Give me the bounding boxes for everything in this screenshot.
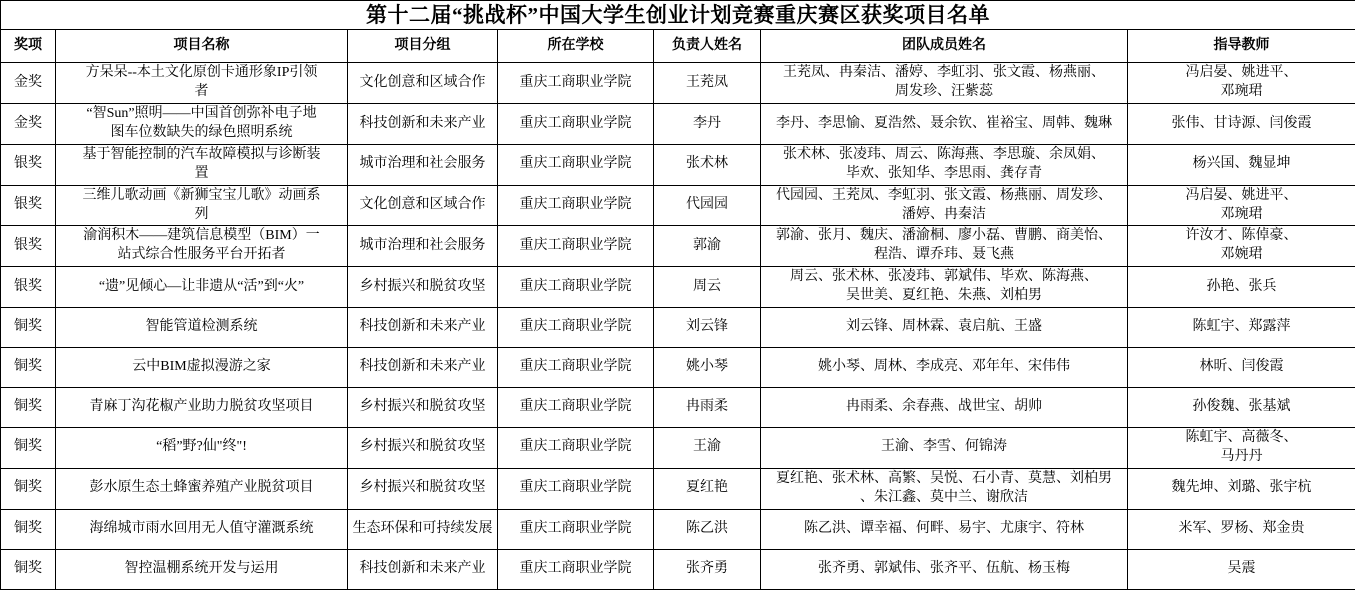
cell-award: 金奖	[1, 104, 56, 145]
cell-advisors: 张伟、甘诗源、闫俊霞	[1128, 104, 1355, 145]
cell-school: 重庆工商职业学院	[498, 348, 654, 388]
cell-award: 铜奖	[1, 308, 56, 348]
cell-advisors: 米军、罗杨、郑金贵	[1128, 509, 1355, 549]
title-row: 第十二届“挑战杯”中国大学生创业计划竞赛重庆赛区获奖项目名单	[1, 1, 1355, 30]
cell-leader: 代园园	[654, 185, 761, 226]
cell-school: 重庆工商职业学院	[498, 144, 654, 185]
cell-category: 文化创意和区域合作	[348, 63, 498, 104]
cell-team: 周云、张术林、张凌玮、郭斌伟、毕欢、陈海燕、 吴世美、夏红艳、朱燕、刘柏男	[761, 267, 1128, 308]
cell-advisors: 吴震	[1128, 549, 1355, 589]
cell-award: 银奖	[1, 267, 56, 308]
cell-team: 李丹、李思愉、夏浩然、聂余钦、崔裕宝、周韩、魏琳	[761, 104, 1128, 145]
cell-team: 王渝、李雪、何锦涛	[761, 428, 1128, 469]
cell-project: 三维儿歌动画《新狮宝宝儿歌》动画系 列	[56, 185, 348, 226]
cell-category: 城市治理和社会服务	[348, 144, 498, 185]
cell-team: 代园园、王茺凤、李虹羽、张文霞、杨燕丽、周发珍、 潘婷、冉秦洁	[761, 185, 1128, 226]
cell-team: 陈乙洪、谭幸福、何畔、易宇、尤康宇、符林	[761, 509, 1128, 549]
table-row: 银奖“遗”见倾心—让非遗从“活”到“火”乡村振兴和脱贫攻坚重庆工商职业学院周云周…	[1, 267, 1355, 308]
awards-table: 第十二届“挑战杯”中国大学生创业计划竞赛重庆赛区获奖项目名单 奖项项目名称项目分…	[0, 0, 1355, 590]
cell-project: 智能管道检测系统	[56, 308, 348, 348]
cell-award: 铜奖	[1, 348, 56, 388]
cell-leader: 陈乙洪	[654, 509, 761, 549]
cell-project: 基于智能控制的汽车故障模拟与诊断装 置	[56, 144, 348, 185]
table-row: 铜奖青麻丁沟花椒产业助力脱贫攻坚项目乡村振兴和脱贫攻坚重庆工商职业学院冉雨柔冉雨…	[1, 388, 1355, 428]
cell-leader: 刘云锋	[654, 308, 761, 348]
table-body: 金奖方呆呆--本土文化原创卡通形象IP引领 者文化创意和区域合作重庆工商职业学院…	[1, 63, 1355, 589]
cell-school: 重庆工商职业学院	[498, 104, 654, 145]
cell-school: 重庆工商职业学院	[498, 388, 654, 428]
table-row: 金奖方呆呆--本土文化原创卡通形象IP引领 者文化创意和区域合作重庆工商职业学院…	[1, 63, 1355, 104]
cell-category: 科技创新和未来产业	[348, 308, 498, 348]
cell-team: 郭渝、张月、魏庆、潘渝桐、廖小磊、曹鹏、商美怡、 程浩、谭乔玮、聂飞燕	[761, 226, 1128, 267]
cell-leader: 张术林	[654, 144, 761, 185]
table-row: 铜奖海绵城市雨水回用无人值守灌溉系统生态环保和可持续发展重庆工商职业学院陈乙洪陈…	[1, 509, 1355, 549]
cell-advisors: 林昕、闫俊霞	[1128, 348, 1355, 388]
table-row: 铜奖“稻”野?仙"终"!乡村振兴和脱贫攻坚重庆工商职业学院王渝王渝、李雪、何锦涛…	[1, 428, 1355, 469]
table-row: 铜奖彭水原生态土蜂蜜养殖产业脱贫项目乡村振兴和脱贫攻坚重庆工商职业学院夏红艳夏红…	[1, 468, 1355, 509]
table-row: 金奖“智Sun”照明——中国首创弥补电子地 图车位数缺失的绿色照明系统科技创新和…	[1, 104, 1355, 145]
cell-category: 城市治理和社会服务	[348, 226, 498, 267]
column-header-leader: 负责人姓名	[654, 30, 761, 63]
cell-advisors: 魏先坤、刘璐、张宇杭	[1128, 468, 1355, 509]
column-header-project: 项目名称	[56, 30, 348, 63]
cell-leader: 王渝	[654, 428, 761, 469]
cell-advisors: 杨兴国、魏显坤	[1128, 144, 1355, 185]
cell-award: 银奖	[1, 144, 56, 185]
cell-award: 金奖	[1, 63, 56, 104]
cell-project: 渝润积木——建筑信息模型（BIM）一 站式综合性服务平台开拓者	[56, 226, 348, 267]
cell-award: 银奖	[1, 185, 56, 226]
cell-leader: 姚小琴	[654, 348, 761, 388]
cell-category: 科技创新和未来产业	[348, 549, 498, 589]
cell-leader: 李丹	[654, 104, 761, 145]
cell-school: 重庆工商职业学院	[498, 185, 654, 226]
cell-school: 重庆工商职业学院	[498, 226, 654, 267]
cell-advisors: 孙俊魏、张基斌	[1128, 388, 1355, 428]
cell-award: 铜奖	[1, 549, 56, 589]
cell-award: 铜奖	[1, 388, 56, 428]
cell-team: 张术林、张凌玮、周云、陈海燕、李思璇、余凤娟、 毕欢、张知华、李思雨、龚存青	[761, 144, 1128, 185]
cell-award: 铜奖	[1, 468, 56, 509]
cell-school: 重庆工商职业学院	[498, 267, 654, 308]
cell-school: 重庆工商职业学院	[498, 549, 654, 589]
table-head: 第十二届“挑战杯”中国大学生创业计划竞赛重庆赛区获奖项目名单 奖项项目名称项目分…	[1, 1, 1355, 63]
column-header-category: 项目分组	[348, 30, 498, 63]
cell-award: 银奖	[1, 226, 56, 267]
column-header-award: 奖项	[1, 30, 56, 63]
column-header-team: 团队成员姓名	[761, 30, 1128, 63]
cell-category: 科技创新和未来产业	[348, 104, 498, 145]
cell-team: 张齐勇、郭斌伟、张齐平、伍航、杨玉梅	[761, 549, 1128, 589]
table-row: 银奖渝润积木——建筑信息模型（BIM）一 站式综合性服务平台开拓者城市治理和社会…	[1, 226, 1355, 267]
cell-team: 冉雨柔、余春燕、战世宝、胡帅	[761, 388, 1128, 428]
cell-project: 彭水原生态土蜂蜜养殖产业脱贫项目	[56, 468, 348, 509]
cell-award: 铜奖	[1, 428, 56, 469]
cell-award: 铜奖	[1, 509, 56, 549]
cell-category: 乡村振兴和脱贫攻坚	[348, 468, 498, 509]
cell-project: “智Sun”照明——中国首创弥补电子地 图车位数缺失的绿色照明系统	[56, 104, 348, 145]
column-header-advisors: 指导教师	[1128, 30, 1355, 63]
cell-category: 乡村振兴和脱贫攻坚	[348, 428, 498, 469]
cell-category: 乡村振兴和脱贫攻坚	[348, 388, 498, 428]
page-title: 第十二届“挑战杯”中国大学生创业计划竞赛重庆赛区获奖项目名单	[1, 1, 1355, 30]
cell-advisors: 冯启晏、姚进平、 邓琬珺	[1128, 63, 1355, 104]
table-row: 铜奖智控温棚系统开发与运用科技创新和未来产业重庆工商职业学院张齐勇张齐勇、郭斌伟…	[1, 549, 1355, 589]
cell-school: 重庆工商职业学院	[498, 308, 654, 348]
cell-project: 青麻丁沟花椒产业助力脱贫攻坚项目	[56, 388, 348, 428]
cell-advisors: 孙艳、张兵	[1128, 267, 1355, 308]
cell-school: 重庆工商职业学院	[498, 428, 654, 469]
cell-project: 方呆呆--本土文化原创卡通形象IP引领 者	[56, 63, 348, 104]
table-row: 铜奖智能管道检测系统科技创新和未来产业重庆工商职业学院刘云锋刘云锋、周林霖、袁启…	[1, 308, 1355, 348]
cell-project: 云中BIM虚拟漫游之家	[56, 348, 348, 388]
cell-project: “稻”野?仙"终"!	[56, 428, 348, 469]
cell-project: 海绵城市雨水回用无人值守灌溉系统	[56, 509, 348, 549]
cell-category: 生态环保和可持续发展	[348, 509, 498, 549]
cell-category: 科技创新和未来产业	[348, 348, 498, 388]
cell-team: 夏红艳、张术林、高繁、吴悦、石小青、莫慧、刘柏男 、朱江鑫、莫中兰、谢欣洁	[761, 468, 1128, 509]
cell-category: 乡村振兴和脱贫攻坚	[348, 267, 498, 308]
table-row: 银奖三维儿歌动画《新狮宝宝儿歌》动画系 列文化创意和区域合作重庆工商职业学院代园…	[1, 185, 1355, 226]
cell-project: “遗”见倾心—让非遗从“活”到“火”	[56, 267, 348, 308]
cell-school: 重庆工商职业学院	[498, 468, 654, 509]
cell-advisors: 陈虹宇、高薇冬、 马丹丹	[1128, 428, 1355, 469]
cell-advisors: 陈虹宇、郑露萍	[1128, 308, 1355, 348]
cell-leader: 王茺凤	[654, 63, 761, 104]
cell-leader: 郭渝	[654, 226, 761, 267]
cell-leader: 冉雨柔	[654, 388, 761, 428]
cell-leader: 张齐勇	[654, 549, 761, 589]
cell-leader: 夏红艳	[654, 468, 761, 509]
cell-project: 智控温棚系统开发与运用	[56, 549, 348, 589]
table-row: 银奖基于智能控制的汽车故障模拟与诊断装 置城市治理和社会服务重庆工商职业学院张术…	[1, 144, 1355, 185]
cell-advisors: 许汝才、陈倬豪、 邓婉珺	[1128, 226, 1355, 267]
cell-advisors: 冯启晏、姚进平、 邓琬珺	[1128, 185, 1355, 226]
cell-school: 重庆工商职业学院	[498, 509, 654, 549]
cell-team: 刘云锋、周林霖、袁启航、王盛	[761, 308, 1128, 348]
table-row: 铜奖云中BIM虚拟漫游之家科技创新和未来产业重庆工商职业学院姚小琴姚小琴、周林、…	[1, 348, 1355, 388]
cell-school: 重庆工商职业学院	[498, 63, 654, 104]
cell-team: 姚小琴、周林、李成亮、邓年年、宋伟伟	[761, 348, 1128, 388]
cell-team: 王茺凤、冉秦洁、潘婷、李虹羽、张文霞、杨燕丽、 周发珍、汪紫蕊	[761, 63, 1128, 104]
column-header-school: 所在学校	[498, 30, 654, 63]
cell-category: 文化创意和区域合作	[348, 185, 498, 226]
cell-leader: 周云	[654, 267, 761, 308]
header-row: 奖项项目名称项目分组所在学校负责人姓名团队成员姓名指导教师	[1, 30, 1355, 63]
